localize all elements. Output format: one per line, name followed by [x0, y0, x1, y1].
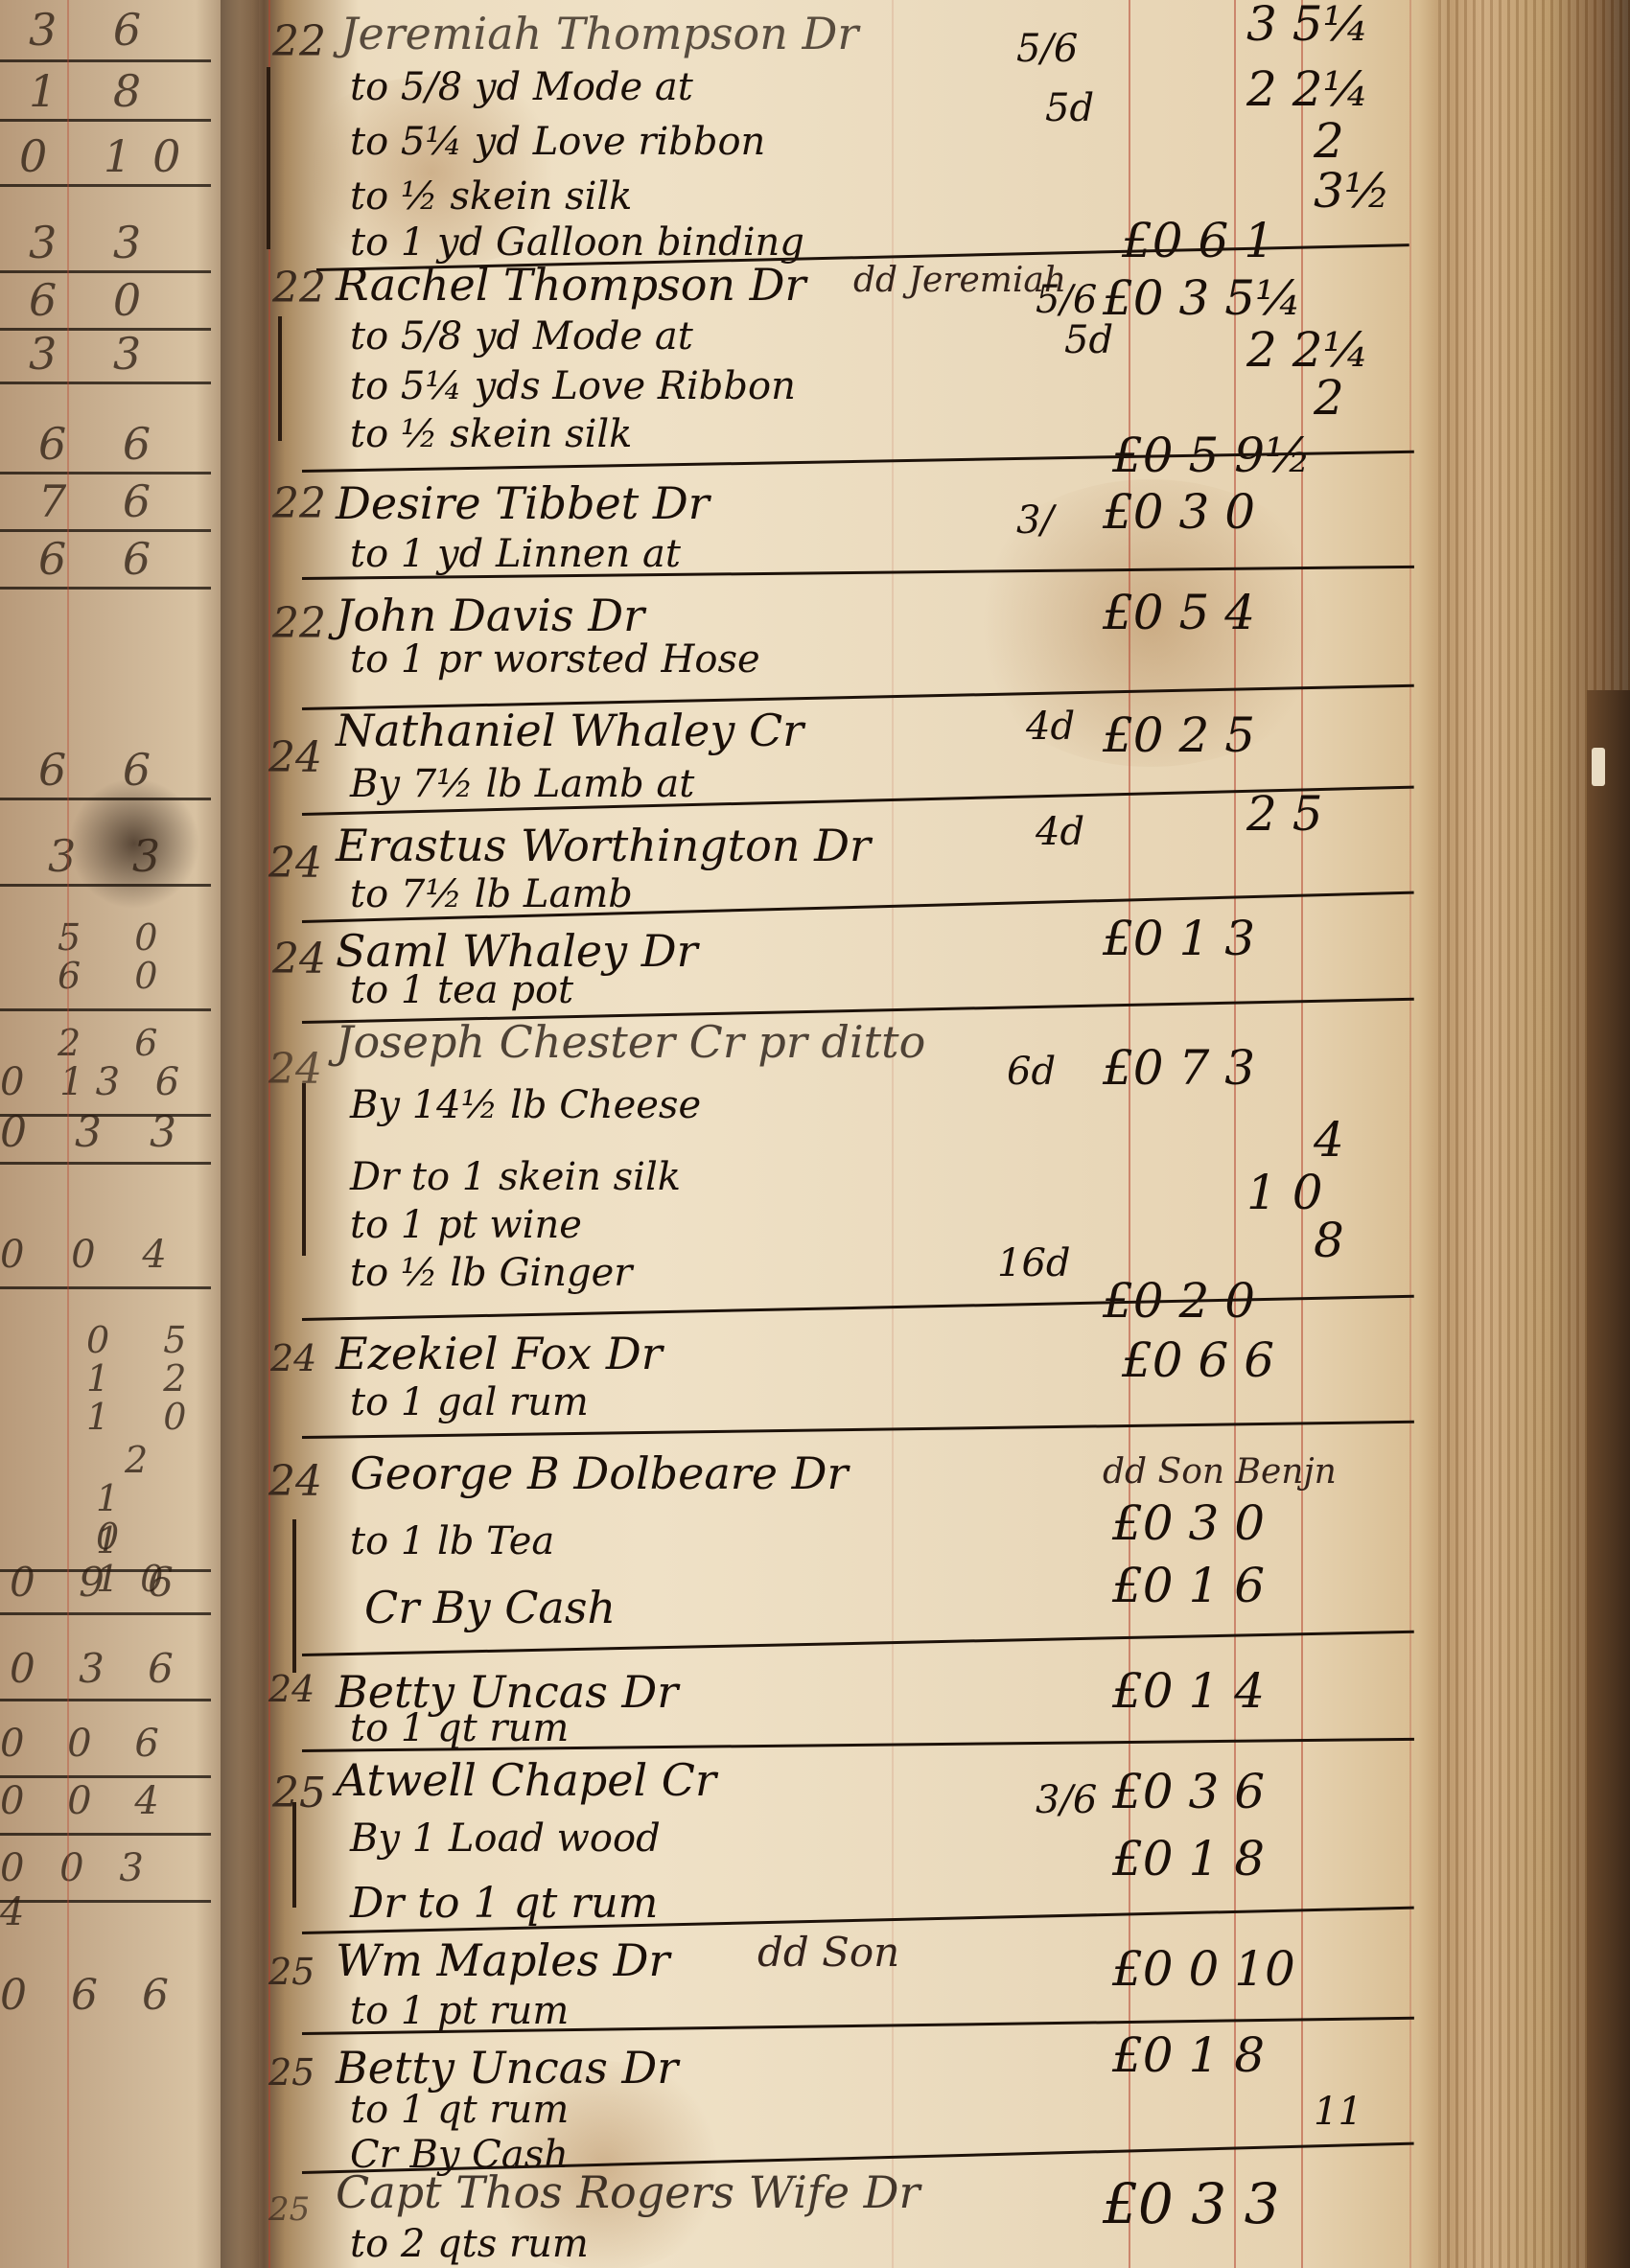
margin-bracket — [267, 67, 270, 249]
entry-date: 24 — [268, 1668, 314, 1710]
shillings-column-rule — [1234, 0, 1236, 2268]
entry-date: 22 — [272, 17, 326, 66]
entry-name: Betty Uncas Dr — [336, 2042, 678, 2094]
unit-price: 5d — [1045, 86, 1094, 130]
line-amount: 8 — [1314, 1213, 1344, 1268]
left-amount: 3 6 — [29, 4, 162, 56]
line-amount: £0 3 3 — [1103, 2171, 1279, 2236]
line-item: to 1 qt rum — [350, 1706, 569, 1750]
unit-price: 16d — [997, 1241, 1071, 1285]
entry-date: 24 — [268, 1457, 322, 1506]
entry-name: Joseph Chester Cr pr ditto — [336, 1016, 925, 1068]
entry-total: £0 6 1 — [1122, 213, 1274, 268]
line-amount: 3½ — [1314, 163, 1390, 219]
left-amount: 1 2 — [86, 1357, 207, 1400]
left-amount: 3 3 — [29, 217, 162, 268]
entry-date: 25 — [268, 1951, 314, 1993]
line-amount: £0 1 6 — [1112, 1558, 1265, 1613]
line-amount: £0 6 6 — [1122, 1332, 1274, 1388]
entry-name: John Davis Dr — [336, 590, 644, 641]
line-amount: 3 5¼ — [1246, 0, 1369, 52]
line-amount: 4 — [1314, 1112, 1344, 1168]
line-item: to ½ lb Ginger — [350, 1251, 632, 1295]
line-item: to 1 yd Linnen at — [350, 532, 681, 576]
left-amount: 6 6 — [38, 744, 172, 796]
line-amount: 2 — [1314, 370, 1344, 426]
unit-price: 5d — [1064, 318, 1113, 362]
line-amount: £0 1 3 — [1103, 911, 1255, 966]
line-item: to 1 lb Tea — [350, 1519, 554, 1563]
line-item: to 5¼ yds Love Ribbon — [350, 364, 796, 408]
unit-price: 3/6 — [1036, 1778, 1097, 1822]
line-amount: £0 7 3 — [1103, 1040, 1255, 1096]
line-item: By 1 Load wood — [350, 1817, 661, 1861]
left-amount: 6 0 — [58, 955, 178, 997]
line-amount: 2 5 — [1246, 786, 1323, 842]
line-item: to 5/8 yd Mode at — [350, 314, 693, 359]
left-amount: 0 6 6 — [0, 1971, 184, 2020]
line-amount: 11 — [1314, 2090, 1362, 2134]
entry-name: Erastus Worthington Dr — [336, 820, 871, 871]
line-amount: £0 3 6 — [1112, 1764, 1265, 1819]
left-amount: 2 6 — [58, 1022, 178, 1064]
unit-price: 3/ — [1016, 498, 1054, 543]
left-amount: 5 0 — [58, 916, 178, 959]
margin-bracket — [292, 1519, 296, 1673]
page-tab — [1592, 748, 1605, 786]
entry-date: 24 — [272, 935, 326, 984]
entry-name: Jeremiah Thompson Dr — [340, 8, 858, 59]
line-amount: £0 1 8 — [1112, 1831, 1265, 1886]
line-amount: 1 0 — [1246, 1165, 1323, 1220]
line-item: Dr to 1 qt rum — [350, 1879, 658, 1928]
pounds-column-rule — [1129, 0, 1130, 2268]
entry-name: Atwell Chapel Cr — [336, 1754, 716, 1806]
left-amount: 6 6 — [38, 533, 172, 585]
line-item: to ½ skein silk — [350, 412, 632, 456]
line-item: to ½ skein silk — [350, 174, 632, 219]
line-item: Dr to 1 skein silk — [350, 1155, 681, 1199]
line-amount: 2 2¼ — [1246, 61, 1369, 117]
line-item: to 5¼ yd Love ribbon — [350, 120, 765, 164]
entry-name: Ezekiel Fox Dr — [336, 1328, 663, 1379]
left-amount: 7 6 — [38, 475, 172, 527]
entry-note: dd Son Benjn — [1103, 1452, 1337, 1492]
page-margin-rule — [1409, 0, 1411, 2268]
left-amount: 0 9 6 — [10, 1559, 189, 1606]
left-amount: 0 10 — [19, 130, 201, 182]
line-item: By 14½ lb Cheese — [350, 1083, 701, 1127]
margin-bracket — [278, 316, 282, 441]
entry-date: 25 — [268, 2051, 314, 2094]
date-column-rule — [268, 0, 270, 2268]
entry-date: 24 — [268, 733, 322, 782]
unit-price: 5/6 — [1036, 278, 1097, 322]
entry-date: 24 — [270, 1337, 316, 1379]
entry-date: 24 — [268, 1045, 322, 1094]
entry-date: 25 — [268, 2190, 310, 2229]
line-amount: £0 5 4 — [1103, 585, 1255, 640]
line-item: to 1 pr worsted Hose — [350, 637, 760, 682]
left-amount: 0 0 4 — [0, 1779, 175, 1823]
margin-bracket — [302, 1083, 306, 1256]
line-amount: 2 — [1314, 113, 1344, 169]
left-amount: 2 — [125, 1439, 169, 1481]
line-item: Cr By Cash — [364, 1582, 616, 1633]
entry-divider — [302, 1631, 1414, 1656]
line-amount: £0 1 4 — [1112, 1663, 1265, 1719]
entry-date: 22 — [272, 599, 326, 648]
left-facing-page: 3 6 1 8 0 10 3 3 6 0 3 3 6 6 7 6 6 6 6 6… — [0, 0, 221, 2268]
left-amount: 0 0 6 — [0, 1722, 175, 1766]
entry-name: George B Dolbeare Dr — [350, 1447, 848, 1499]
line-amount: £0 3 0 — [1103, 484, 1255, 540]
line-item: to 2 qts rum — [350, 2222, 589, 2266]
ledger-spread: 3 6 1 8 0 10 3 3 6 0 3 3 6 6 7 6 6 6 6 6… — [0, 0, 1630, 2268]
entry-note: dd Jeremiah — [853, 261, 1066, 300]
line-item: to 7½ lb Lamb — [350, 872, 633, 916]
line-amount: £0 2 5 — [1103, 707, 1255, 763]
entry-date: 22 — [272, 479, 326, 528]
line-item: to 1 tea pot — [350, 968, 573, 1012]
line-item: to 1 pt rum — [350, 1989, 569, 2033]
left-amount: 1 0 — [86, 1396, 207, 1438]
margin-bracket — [292, 1802, 296, 1908]
line-item: to 1 gal rum — [350, 1380, 589, 1424]
left-amount: 0 3 6 — [10, 1645, 189, 1692]
left-amount: 6 0 — [29, 274, 162, 326]
line-item: to 1 qt rum — [350, 2088, 569, 2132]
ledger-page: 22 Jeremiah Thompson Dr to 5/8 yd Mode a… — [259, 0, 1438, 2268]
left-amount: 0 5 — [86, 1319, 207, 1361]
line-amount: 2 2¼ — [1246, 322, 1369, 378]
left-amount: 0 3 3 — [0, 1108, 194, 1157]
entry-note: dd Son — [757, 1929, 899, 1976]
unit-price: 4d — [1036, 810, 1084, 854]
left-amount: 0 13 6 — [0, 1060, 191, 1104]
left-amount: 0 0 4 — [0, 1233, 184, 1277]
entry-date: 22 — [272, 264, 326, 312]
book-gutter — [221, 0, 259, 2268]
entry-date: 24 — [268, 839, 322, 888]
left-amount: 0 0 3 4 — [0, 1846, 211, 1934]
entry-name: Nathaniel Whaley Cr — [336, 705, 803, 756]
entry-name: Wm Maples Dr — [336, 1934, 670, 1986]
left-amount: 6 6 — [38, 418, 172, 470]
left-page-red-rule — [67, 0, 69, 2268]
left-amount: 3 3 — [29, 328, 162, 380]
book-cover-edge — [1587, 690, 1630, 2268]
entry-name: Rachel Thompson Dr — [336, 259, 806, 311]
entry-name: Capt Thos Rogers Wife Dr — [336, 2166, 920, 2218]
entry-name: Desire Tibbet Dr — [336, 477, 710, 529]
entry-date: 25 — [272, 1769, 326, 1817]
line-item: to 5/8 yd Mode at — [350, 65, 693, 109]
unit-price: 5/6 — [1016, 27, 1078, 71]
line-item: to 1 pt wine — [350, 1203, 582, 1247]
line-item: By 7½ lb Lamb at — [350, 762, 694, 806]
unit-price: 4d — [1026, 705, 1075, 749]
line-amount: £0 3 0 — [1112, 1495, 1265, 1551]
unit-price: 6d — [1007, 1050, 1056, 1094]
left-amount: 1 8 — [29, 65, 162, 117]
line-amount: £0 3 5¼ — [1103, 270, 1302, 326]
line-amount: £0 1 8 — [1112, 2027, 1265, 2083]
line-amount: £0 0 10 — [1112, 1941, 1295, 1997]
